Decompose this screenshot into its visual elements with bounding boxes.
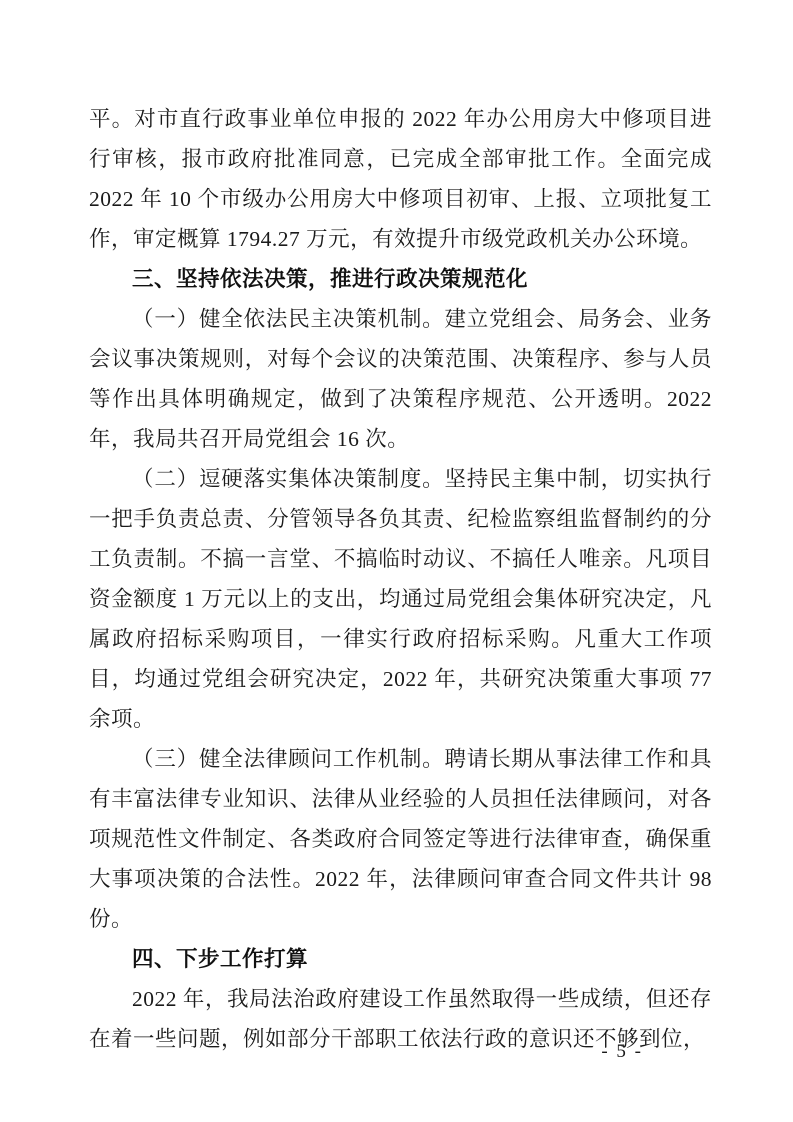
paragraph-lead: （二）逗硬落实集体决策制度。	[132, 467, 444, 491]
page-number: - 5 -	[601, 1041, 643, 1063]
body-paragraph: （三）健全法律顾问工作机制。聘请长期从事法律工作和具有丰富法律专业知识、法律从业…	[89, 739, 712, 939]
body-paragraph-continuation: 平。对市直行政事业单位申报的 2022 年办公用房大中修项目进行审核，报市政府批…	[89, 99, 712, 259]
document-page: 平。对市直行政事业单位申报的 2022 年办公用房大中修项目进行审核，报市政府批…	[0, 0, 793, 1122]
section-heading-four: 四、下步工作打算	[89, 939, 712, 979]
paragraph-lead: （三）健全法律顾问工作机制。	[132, 747, 444, 771]
paragraph-text: 坚持民主集中制，切实执行一把手负责总责、分管领导各负其责、纪检监察组监督制约的分…	[89, 467, 712, 731]
body-paragraph: （二）逗硬落实集体决策制度。坚持民主集中制，切实执行一把手负责总责、分管领导各负…	[89, 459, 712, 739]
paragraph-text: 聘请长期从事法律工作和具有丰富法律专业知识、法律从业经验的人员担任法律顾问，对各…	[89, 747, 712, 931]
page-content: 平。对市直行政事业单位申报的 2022 年办公用房大中修项目进行审核，报市政府批…	[89, 99, 712, 1059]
paragraph-lead: （一）健全依法民主决策机制。	[132, 307, 444, 331]
body-paragraph: （一）健全依法民主决策机制。建立党组会、局务会、业务会议事决策规则，对每个会议的…	[89, 299, 712, 459]
section-heading-three: 三、坚持依法决策，推进行政决策规范化	[89, 259, 712, 299]
